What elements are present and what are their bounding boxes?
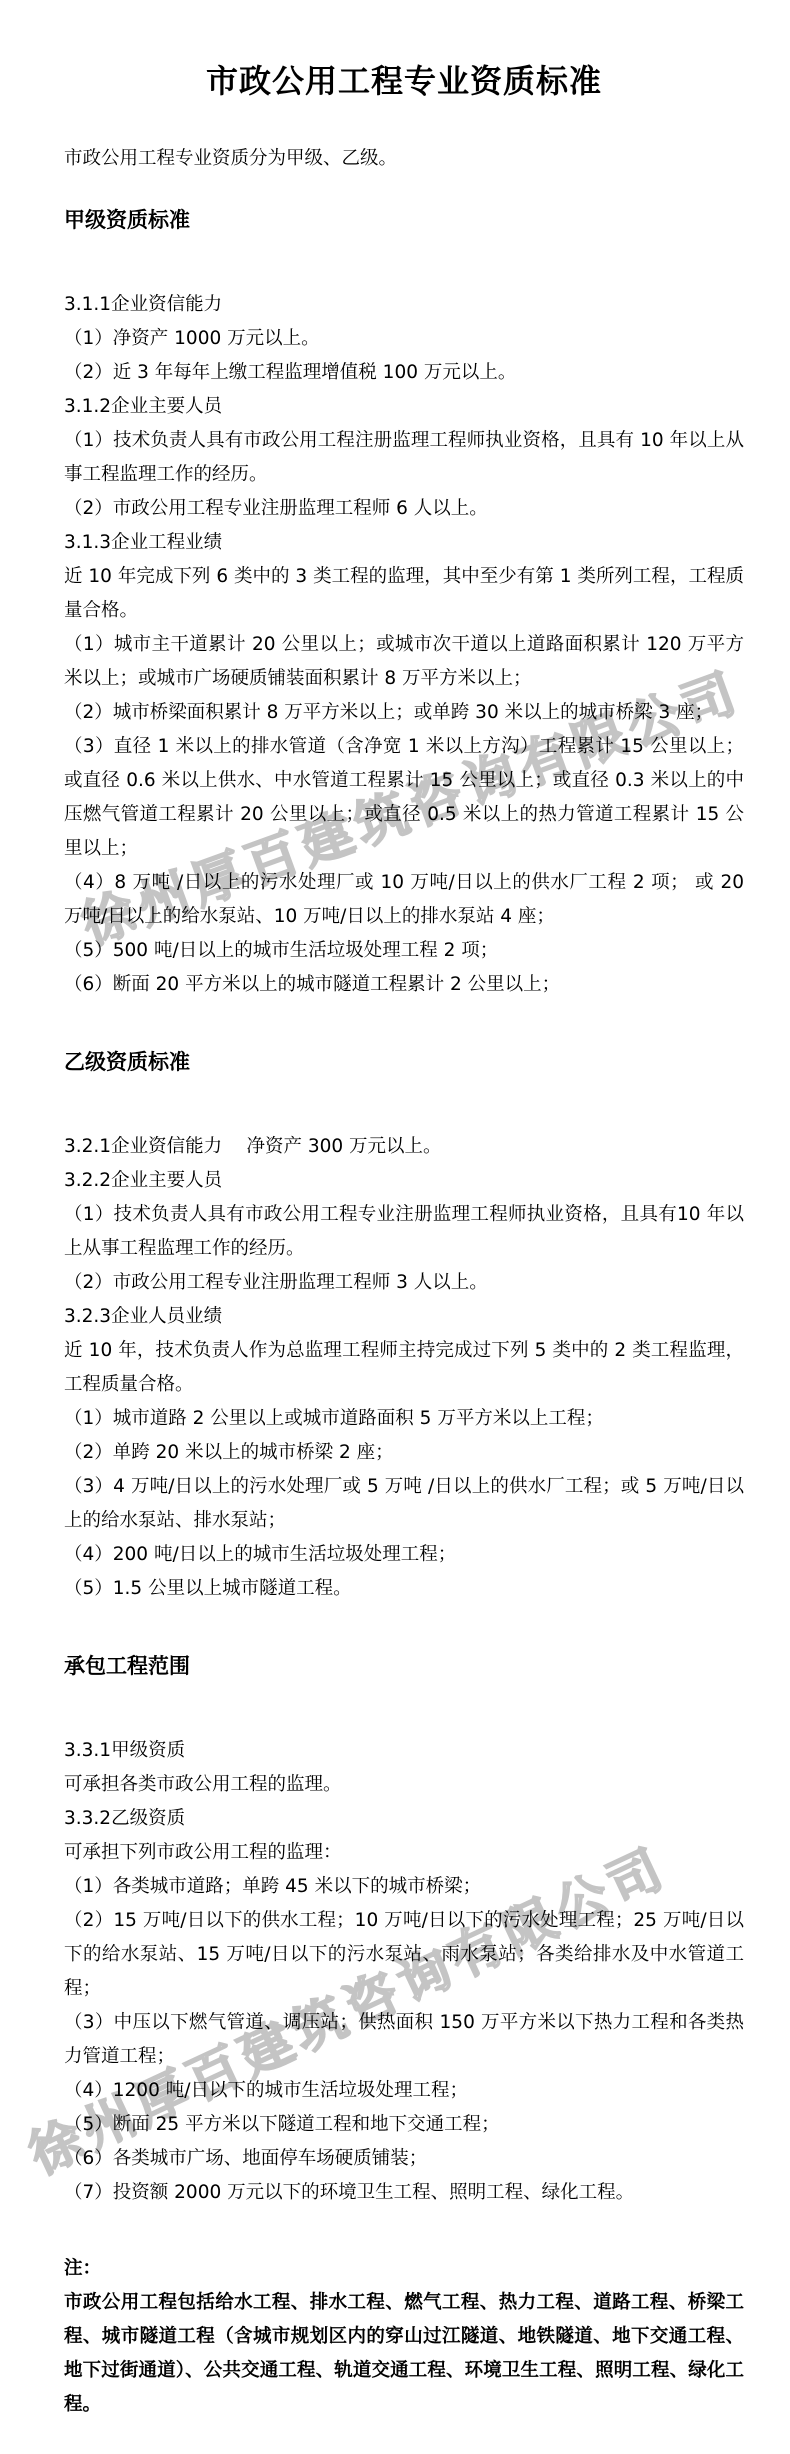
paragraph: （5）1.5 公里以上城市隧道工程。 <box>64 1572 744 1606</box>
paragraph: 3.2.1企业资信能力 净资产 300 万元以上。 <box>64 1130 744 1164</box>
paragraph: （2）单跨 20 米以上的城市桥梁 2 座； <box>64 1436 744 1470</box>
paragraph: （6）各类城市广场、地面停车场硬质铺装； <box>64 2142 744 2176</box>
section: 甲级资质标准3.1.1企业资信能力（1）净资产 1000 万元以上。（2）近 3… <box>64 204 744 1002</box>
document-body: 甲级资质标准3.1.1企业资信能力（1）净资产 1000 万元以上。（2）近 3… <box>64 204 744 2422</box>
document-title: 市政公用工程专业资质标准 <box>64 0 744 104</box>
section-heading: 甲级资质标准 <box>64 204 744 236</box>
paragraph: （3）直径 1 米以上的排水管道（含净宽 1 米以上方沟）工程累计 15 公里以… <box>64 730 744 866</box>
paragraph: 3.1.2企业主要人员 <box>64 390 744 424</box>
paragraph: 近 10 年，技术负责人作为总监理工程师主持完成过下列 5 类中的 2 类工程监… <box>64 1334 744 1402</box>
section-heading: 承包工程范围 <box>64 1650 744 1682</box>
section-heading: 乙级资质标准 <box>64 1046 744 1078</box>
paragraph: （1）城市主干道累计 20 公里以上；或城市次干道以上道路面积累计 120 万平… <box>64 628 744 696</box>
paragraph: 市政公用工程包括给水工程、排水工程、燃气工程、热力工程、道路工程、桥梁工程、城市… <box>64 2286 744 2422</box>
paragraph: （5）断面 25 平方米以下隧道工程和地下交通工程； <box>64 2108 744 2142</box>
paragraph: 3.3.1甲级资质 <box>64 1734 744 1768</box>
paragraph: 注： <box>64 2252 744 2286</box>
paragraph: （6）断面 20 平方米以上的城市隧道工程累计 2 公里以上； <box>64 968 744 1002</box>
paragraph: （1）城市道路 2 公里以上或城市道路面积 5 万平方米以上工程； <box>64 1402 744 1436</box>
paragraph: （3）4 万吨/日以上的污水处理厂或 5 万吨 /日以上的供水厂工程；或 5 万… <box>64 1470 744 1538</box>
section: 承包工程范围3.3.1甲级资质可承担各类市政公用工程的监理。3.3.2乙级资质可… <box>64 1650 744 2210</box>
paragraph: 可承担各类市政公用工程的监理。 <box>64 1768 744 1802</box>
paragraph: 3.3.2乙级资质 <box>64 1802 744 1836</box>
paragraph: （1）技术负责人具有市政公用工程专业注册监理工程师执业资格，且具有10 年以上从… <box>64 1198 744 1266</box>
paragraph: （4）1200 吨/日以下的城市生活垃圾处理工程； <box>64 2074 744 2108</box>
paragraph: （1）技术负责人具有市政公用工程注册监理工程师执业资格，且具有 10 年以上从事… <box>64 424 744 492</box>
paragraph: 3.2.2企业主要人员 <box>64 1164 744 1198</box>
paragraph: 可承担下列市政公用工程的监理： <box>64 1836 744 1870</box>
paragraph: 3.2.3企业人员业绩 <box>64 1300 744 1334</box>
document-page: 徐州厚百建筑咨询有限公司 徐州厚百建筑咨询有限公司 市政公用工程专业资质标准 市… <box>0 0 790 2454</box>
paragraph: （2）城市桥梁面积累计 8 万平方米以上；或单跨 30 米以上的城市桥梁 3 座… <box>64 696 744 730</box>
paragraph: （2）近 3 年每年上缴工程监理增值税 100 万元以上。 <box>64 356 744 390</box>
paragraph: （5）500 吨/日以上的城市生活垃圾处理工程 2 项； <box>64 934 744 968</box>
intro-paragraph: 市政公用工程专业资质分为甲级、乙级。 <box>64 142 744 176</box>
section: 乙级资质标准3.2.1企业资信能力 净资产 300 万元以上。3.2.2企业主要… <box>64 1046 744 1606</box>
paragraph: （4）200 吨/日以上的城市生活垃圾处理工程； <box>64 1538 744 1572</box>
paragraph: （2）市政公用工程专业注册监理工程师 6 人以上。 <box>64 492 744 526</box>
paragraph: （2）市政公用工程专业注册监理工程师 3 人以上。 <box>64 1266 744 1300</box>
paragraph: （1）各类城市道路；单跨 45 米以下的城市桥梁； <box>64 1870 744 1904</box>
paragraph: （4）8 万吨 /日以上的污水处理厂或 10 万吨/日以上的供水厂工程 2 项；… <box>64 866 744 934</box>
paragraph: （1）净资产 1000 万元以上。 <box>64 322 744 356</box>
paragraph: 3.1.1企业资信能力 <box>64 288 744 322</box>
paragraph: （3）中压以下燃气管道、调压站；供热面积 150 万平方米以下热力工程和各类热力… <box>64 2006 744 2074</box>
paragraph: 3.1.3企业工程业绩 <box>64 526 744 560</box>
section: 注：市政公用工程包括给水工程、排水工程、燃气工程、热力工程、道路工程、桥梁工程、… <box>64 2252 744 2422</box>
document-content: 市政公用工程专业资质标准 市政公用工程专业资质分为甲级、乙级。 甲级资质标准3.… <box>64 0 744 2422</box>
paragraph: （2）15 万吨/日以下的供水工程；10 万吨/日以下的污水处理工程；25 万吨… <box>64 1904 744 2006</box>
paragraph: 近 10 年完成下列 6 类中的 3 类工程的监理，其中至少有第 1 类所列工程… <box>64 560 744 628</box>
paragraph: （7）投资额 2000 万元以下的环境卫生工程、照明工程、绿化工程。 <box>64 2176 744 2210</box>
